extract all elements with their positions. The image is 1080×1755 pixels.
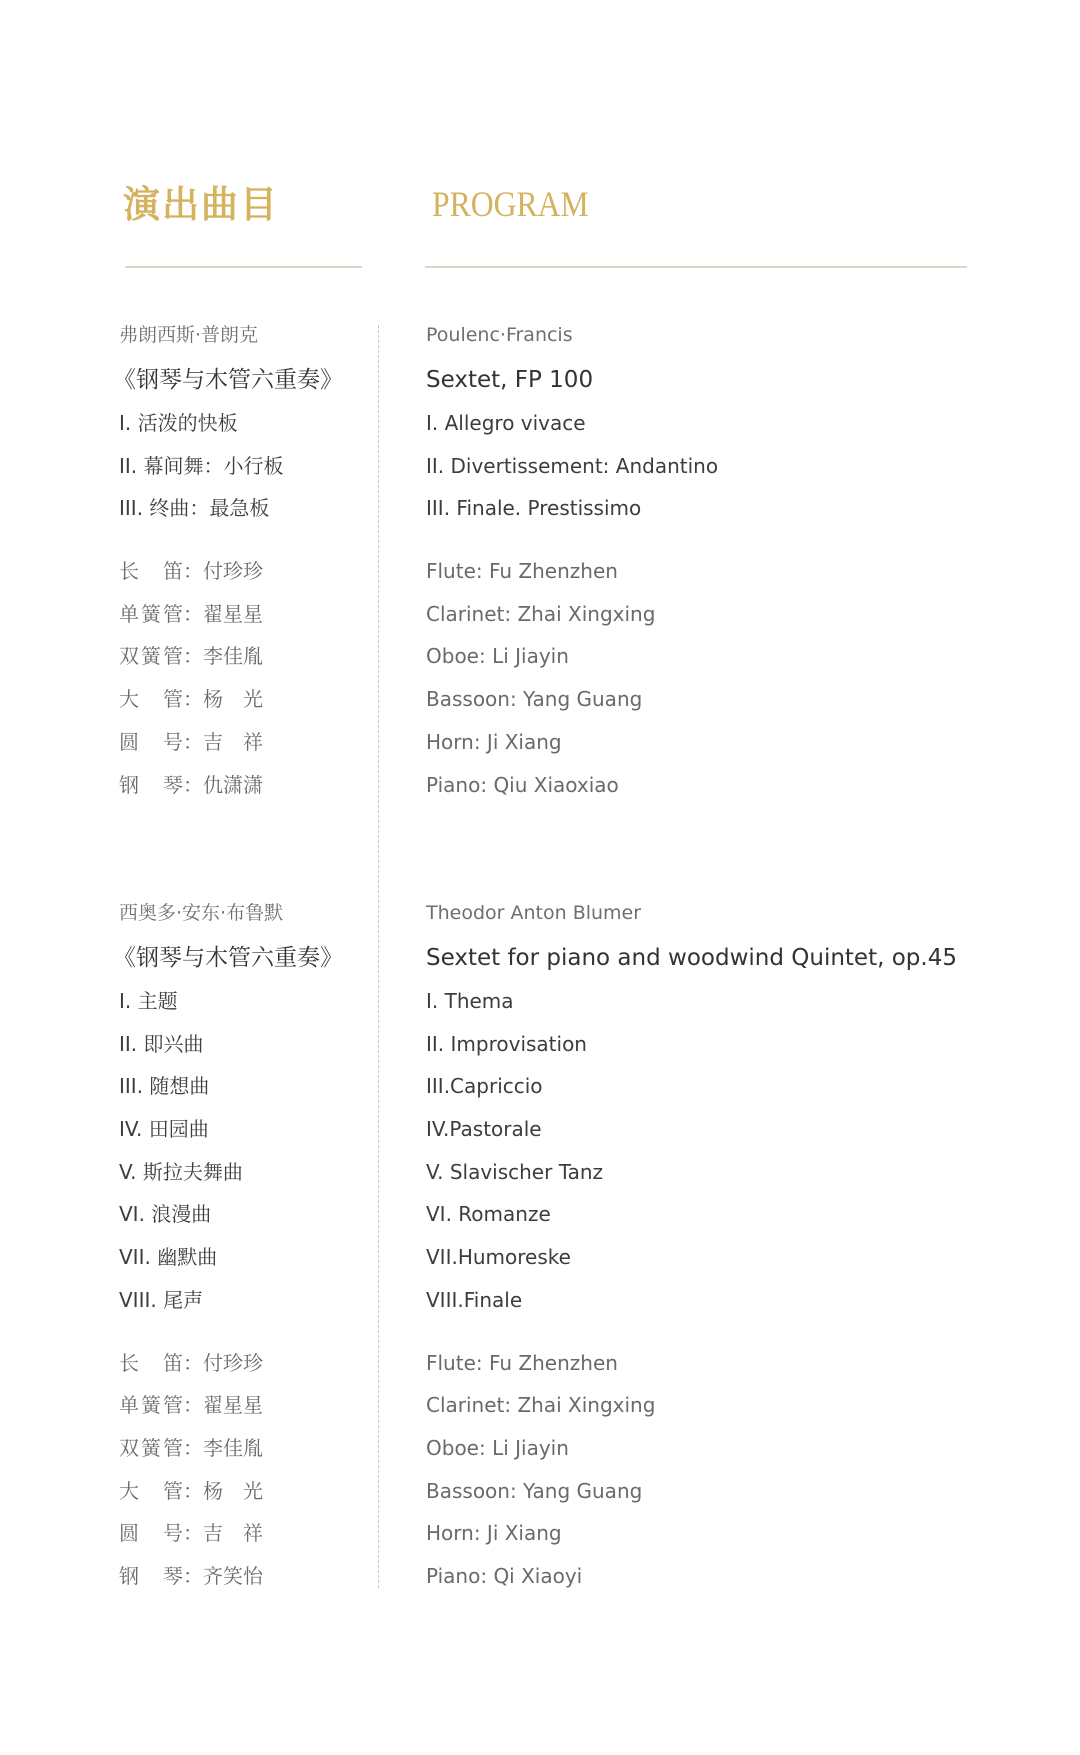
performer-name: 杨 光 <box>203 1479 263 1503</box>
movement: VII. 幽默曲 <box>119 1236 343 1279</box>
instrument-label: 长笛 <box>119 550 183 593</box>
performer-row: Flute: Fu Zhenzhen <box>426 550 718 593</box>
performer-row: Bassoon: Yang Guang <box>426 1470 957 1513</box>
performer-row: 长笛：付珍珍 <box>119 550 343 593</box>
movement: VII.Humoreske <box>426 1236 957 1279</box>
instrument-label: 钢琴 <box>119 764 183 807</box>
performer-row: 双簧管：李佳胤 <box>119 1427 343 1470</box>
piece-2-english: Theodor Anton Blumer Sextet for piano an… <box>426 891 957 1598</box>
work-title: 《钢琴与木管六重奏》 <box>113 358 343 402</box>
colon: ： <box>183 602 203 626</box>
movement: VIII.Finale <box>426 1279 957 1322</box>
movement: VI. Romanze <box>426 1193 957 1236</box>
performer-row: 圆号：吉 祥 <box>119 1512 343 1555</box>
performer-row: 单簧管：翟星星 <box>119 1384 343 1427</box>
movement: III.Capriccio <box>426 1065 957 1108</box>
movement: VIII. 尾声 <box>119 1279 343 1322</box>
piece-1-english: Poulenc·Francis Sextet, FP 100 I. Allegr… <box>426 313 718 806</box>
performer-name: 翟星星 <box>203 1393 263 1417</box>
performer-row: Oboe: Li Jiayin <box>426 635 718 678</box>
performer-name: 付珍珍 <box>203 559 263 583</box>
page-title-english: PROGRAM <box>432 180 589 228</box>
colon: ： <box>183 559 203 583</box>
performer-row: Piano: Qiu Xiaoxiao <box>426 764 718 807</box>
colon: ： <box>183 687 203 711</box>
performer-row: Flute: Fu Zhenzhen <box>426 1342 957 1385</box>
instrument-label: 单簧管 <box>119 1384 183 1427</box>
composer-name: 弗朗西斯·普朗克 <box>119 313 343 358</box>
instrument-label: 双簧管 <box>119 1427 183 1470</box>
performer-row: Horn: Ji Xiang <box>426 721 718 764</box>
composer-name: Poulenc·Francis <box>426 313 718 358</box>
performer-row: Oboe: Li Jiayin <box>426 1427 957 1470</box>
instrument-label: 圆号 <box>119 721 183 764</box>
movement: III. Finale. Prestissimo <box>426 487 718 530</box>
column-divider <box>378 325 379 1588</box>
colon: ： <box>183 1521 203 1545</box>
performer-row: 钢琴：齐笑怡 <box>119 1555 343 1598</box>
title-divider-right <box>425 266 967 268</box>
colon: ： <box>183 730 203 754</box>
performer-name: 翟星星 <box>203 602 263 626</box>
performer-row: Horn: Ji Xiang <box>426 1512 957 1555</box>
movement: II. Divertissement: Andantino <box>426 445 718 488</box>
page-title-chinese: 演出曲目 <box>123 180 279 228</box>
performer-row: 圆号：吉 祥 <box>119 721 343 764</box>
composer-name: Theodor Anton Blumer <box>426 891 957 936</box>
performer-row: Piano: Qi Xiaoyi <box>426 1555 957 1598</box>
performer-row: Clarinet: Zhai Xingxing <box>426 1384 957 1427</box>
instrument-label: 大管 <box>119 678 183 721</box>
performer-name: 仇潇潇 <box>203 773 263 797</box>
performer-row: 钢琴：仇潇潇 <box>119 764 343 807</box>
performer-row: 长笛：付珍珍 <box>119 1342 343 1385</box>
piece-1-chinese: 弗朗西斯·普朗克 《钢琴与木管六重奏》 I. 活泼的快板 II. 幕间舞：小行板… <box>119 313 343 806</box>
colon: ： <box>183 644 203 668</box>
movement: II. 即兴曲 <box>119 1023 343 1066</box>
movement: I. Thema <box>426 980 957 1023</box>
work-title: 《钢琴与木管六重奏》 <box>113 936 343 980</box>
movement: II. Improvisation <box>426 1023 957 1066</box>
movement: IV. 田园曲 <box>119 1108 343 1151</box>
colon: ： <box>183 1564 203 1588</box>
movement: II. 幕间舞：小行板 <box>119 445 343 488</box>
composer-name: 西奥多·安东·布鲁默 <box>119 891 343 936</box>
performer-row: 单簧管：翟星星 <box>119 593 343 636</box>
movement: III. 随想曲 <box>119 1065 343 1108</box>
colon: ： <box>183 1351 203 1375</box>
instrument-label: 大管 <box>119 1470 183 1513</box>
instrument-label: 单簧管 <box>119 593 183 636</box>
instrument-label: 圆号 <box>119 1512 183 1555</box>
colon: ： <box>183 773 203 797</box>
performer-row: 大管：杨 光 <box>119 678 343 721</box>
colon: ： <box>183 1479 203 1503</box>
colon: ： <box>183 1436 203 1460</box>
instrument-label: 双簧管 <box>119 635 183 678</box>
work-title: Sextet, FP 100 <box>426 358 718 402</box>
performer-row: 双簧管：李佳胤 <box>119 635 343 678</box>
performer-name: 李佳胤 <box>203 644 263 668</box>
movement: I. Allegro vivace <box>426 402 718 445</box>
movement: I. 活泼的快板 <box>119 402 343 445</box>
performer-row: Clarinet: Zhai Xingxing <box>426 593 718 636</box>
piece-2-chinese: 西奥多·安东·布鲁默 《钢琴与木管六重奏》 I. 主题 II. 即兴曲 III.… <box>119 891 343 1598</box>
title-divider-left <box>125 266 362 268</box>
movement: VI. 浪漫曲 <box>119 1193 343 1236</box>
movement: V. Slavischer Tanz <box>426 1151 957 1194</box>
work-title: Sextet for piano and woodwind Quintet, o… <box>426 936 957 980</box>
performer-name: 齐笑怡 <box>203 1564 263 1588</box>
colon: ： <box>183 1393 203 1417</box>
movement: V. 斯拉夫舞曲 <box>119 1151 343 1194</box>
performer-row: 大管：杨 光 <box>119 1470 343 1513</box>
performer-name: 杨 光 <box>203 687 263 711</box>
instrument-label: 钢琴 <box>119 1555 183 1598</box>
movement: IV.Pastorale <box>426 1108 957 1151</box>
movement: I. 主题 <box>119 980 343 1023</box>
performer-name: 付珍珍 <box>203 1351 263 1375</box>
movement: III. 终曲：最急板 <box>119 487 343 530</box>
instrument-label: 长笛 <box>119 1342 183 1385</box>
performer-row: Bassoon: Yang Guang <box>426 678 718 721</box>
performer-name: 吉 祥 <box>203 730 263 754</box>
performer-name: 吉 祥 <box>203 1521 263 1545</box>
performer-name: 李佳胤 <box>203 1436 263 1460</box>
